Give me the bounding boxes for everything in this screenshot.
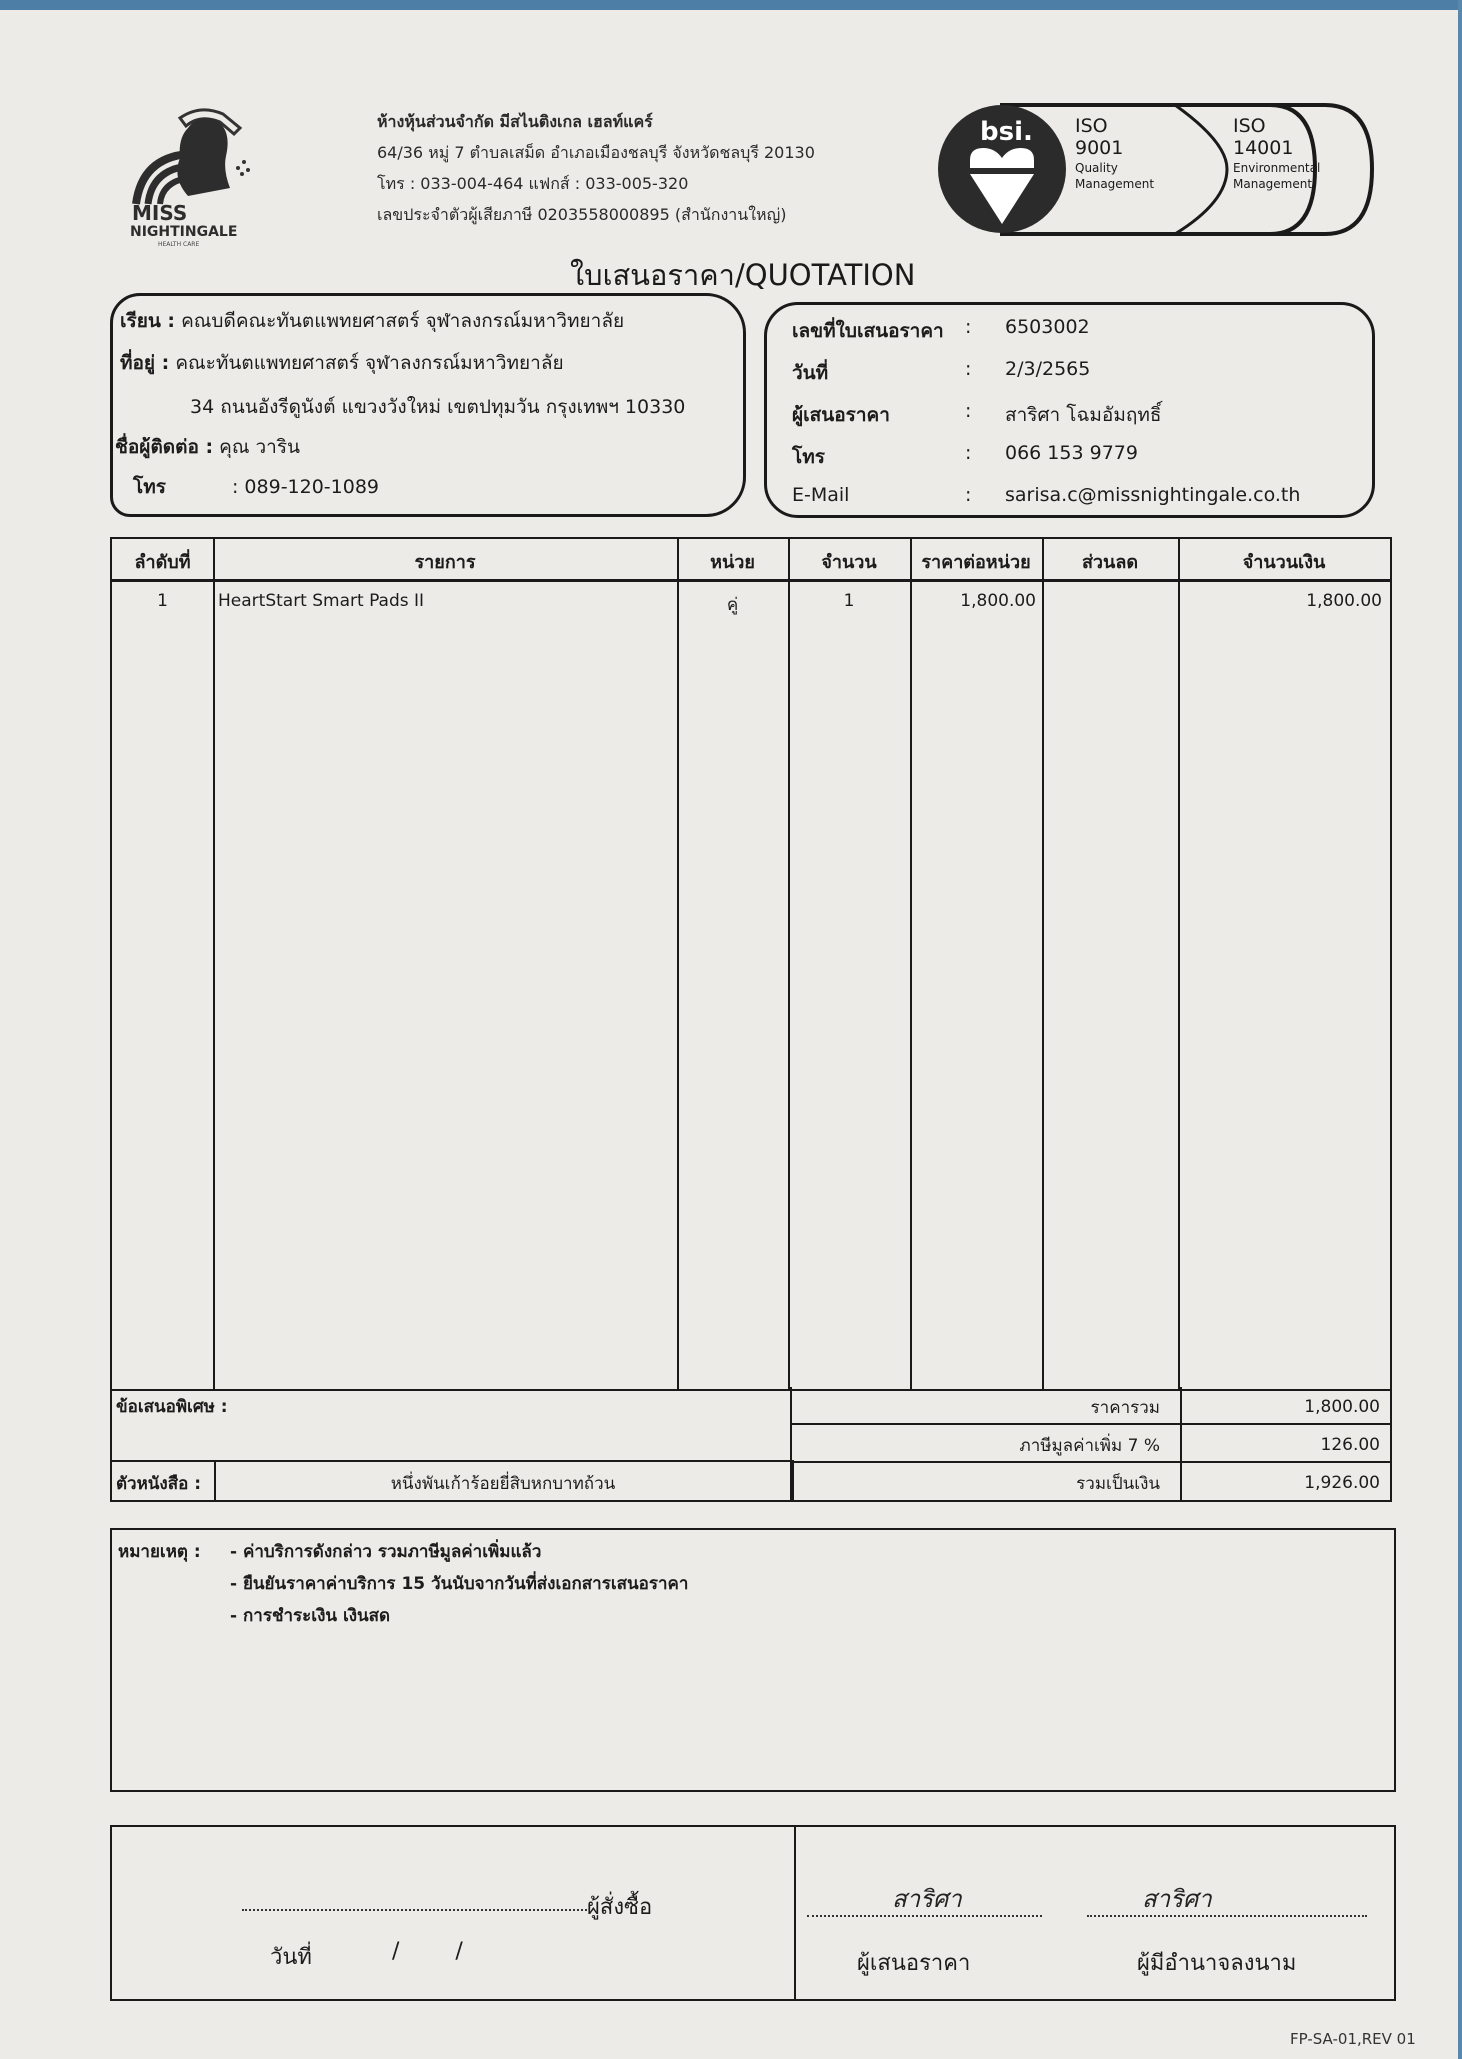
row-no: 1 [112,591,213,611]
svg-text:14001: 14001 [1233,137,1293,159]
column-divider [1178,539,1180,1389]
buyer-date-label: วันที่ [270,1939,312,1974]
words-label-cell: ตัวหนังสือ : [112,1460,216,1500]
quote-info-label: E-Mail [792,484,849,506]
recipient-row: เรียน : คณบดีคณะทันตแพทยศาสตร์ จุฬาลงกรณ… [120,306,624,336]
svg-text:ISO: ISO [1233,115,1266,137]
phone-value: : 089-120-1089 [232,476,379,498]
contact-value: คุณ วาริน [219,436,300,458]
buyer-signature-line[interactable] [242,1909,587,1911]
column-divider [677,539,679,1389]
quoter-signature: สาริศา [892,1879,962,1918]
column-divider [1042,539,1044,1389]
svg-text:9001: 9001 [1075,137,1123,159]
signature-box: ผู้สั่งซื้อ วันที่ / / สาริศา ผู้เสนอราค… [110,1825,1396,2001]
totals-value: 1,926.00 [1304,1473,1380,1493]
totals-value: 1,800.00 [1304,1397,1380,1417]
address-row: ที่อยู่ : คณะทันตแพทยศาสตร์ จุฬาลงกรณ์มห… [120,348,564,378]
remark-item: - ค่าบริการดังกล่าว รวมภาษีมูลค่าเพิ่มแล… [230,1538,541,1565]
quote-info-value: สาริศา โฉมอัมฤทธิ์ [1005,400,1161,430]
header-discount: ส่วนลด [1042,547,1178,576]
background-edge-right [1458,0,1462,2059]
svg-text:Environmental: Environmental [1233,161,1320,175]
company-logo-icon: MISS NIGHTINGALE HEALTH CARE [128,108,288,248]
company-contact: โทร : 033-004-464 แฟกส์ : 033-005-320 [377,168,815,199]
quote-info-colon: : [965,316,971,338]
bsi-certification-badge-icon: bsi. ISO 9001 Quality Management ISO 140… [935,102,1375,237]
totals-value: 126.00 [1321,1435,1380,1455]
remarks-box: หมายเหตุ : - ค่าบริการดังกล่าว รวมภาษีมู… [110,1528,1396,1792]
amount-in-words-row: ตัวหนังสือ : หนึ่งพันเก้าร้อยยี่สิบหกบาท… [110,1460,794,1502]
remark-item: - ยืนยันราคาค่าบริการ 15 วันนับจากวันที่… [230,1570,688,1597]
quote-info-value: sarisa.c@missnightingale.co.th [1005,484,1300,506]
totals-row: รวมเป็นเงิน1,926.00 [792,1463,1390,1499]
svg-text:NIGHTINGALE: NIGHTINGALE [130,224,237,240]
quote-info-value: 6503002 [1005,316,1090,338]
svg-text:bsi.: bsi. [980,117,1033,147]
amount-in-words-label: ตัวหนังสือ : [116,1470,201,1497]
quote-info-colon: : [965,484,971,506]
recipient-value: คณบดีคณะทันตแพทยศาสตร์ จุฬาลงกรณ์มหาวิทย… [181,310,624,332]
svg-text:Quality: Quality [1075,161,1118,175]
authorized-label: ผู้มีอำนาจลงนาม [1137,1945,1296,1980]
column-divider [213,539,215,1389]
svg-text:ISO: ISO [1075,115,1108,137]
company-name: ห้างหุ้นส่วนจำกัด มีสไนติงเกล เฮลท์แคร์ [377,106,815,137]
quote-info-value: 2/3/2565 [1005,358,1090,380]
address-label: ที่อยู่ : [120,352,169,374]
quote-info-label: วันที่ [792,358,828,388]
row-unit: คู่ [677,591,788,618]
quote-info-label: เลขที่ใบเสนอราคา [792,316,944,346]
header-amount: จำนวนเงิน [1178,547,1390,576]
svg-text:MISS: MISS [132,201,187,225]
totals-box: ราคารวม1,800.00ภาษีมูลค่าเพิ่ม 7 %126.00… [790,1387,1392,1502]
amount-in-words: หนึ่งพันเก้าร้อยยี่สิบหกบาทถ้วน [214,1470,792,1497]
remark-item: - การชำระเงิน เงินสด [230,1602,390,1629]
company-address: 64/36 หมู่ 7 ตำบลเสม็ด อำเภอเมืองชลบุรี … [377,137,815,168]
phone-row: โทร : 089-120-1089 [133,472,379,502]
recipient-label: เรียน : [120,310,175,332]
totals-label: ราคารวม [1091,1394,1160,1421]
header-qty: จำนวน [788,547,910,576]
quote-info-colon: : [965,400,971,422]
quote-info-label: โทร [792,442,825,472]
header-unit-price: ราคาต่อหน่วย [910,547,1042,576]
background-edge [0,0,1462,10]
phone-label: โทร [133,476,166,498]
svg-text:HEALTH CARE: HEALTH CARE [158,241,199,248]
row-qty: 1 [788,591,910,611]
company-info: ห้างหุ้นส่วนจำกัด มีสไนติงเกล เฮลท์แคร์ … [377,106,815,230]
quote-info-value: 066 153 9779 [1005,442,1138,464]
authorized-signature-line [1087,1915,1367,1917]
row-amount: 1,800.00 [1178,591,1382,611]
quote-info-colon: : [965,358,971,380]
totals-label: ภาษีมูลค่าเพิ่ม 7 % [1020,1432,1161,1459]
header-unit: หน่วย [677,547,788,576]
totals-row: ภาษีมูลค่าเพิ่ม 7 %126.00 [792,1425,1390,1463]
column-divider [910,539,912,1389]
totals-row: ราคารวม1,800.00 [792,1387,1390,1425]
items-table: ลำดับที่ รายการ หน่วย จำนวน ราคาต่อหน่วย… [110,537,1392,1391]
quote-info-label: ผู้เสนอราคา [792,400,890,430]
document-title: ใบเสนอราคา/QUOTATION [570,252,915,298]
address-line1: คณะทันตแพทยศาสตร์ จุฬาลงกรณ์มหาวิทยาลัย [175,352,563,374]
buyer-label: ผู้สั่งซื้อ [587,1889,652,1924]
row-unit-price: 1,800.00 [910,591,1036,611]
remarks-label: หมายเหตุ : [118,1538,201,1565]
column-divider [788,539,790,1389]
quoter-label: ผู้เสนอราคา [857,1945,970,1980]
special-offer-label: ข้อเสนอพิเศษ : [116,1393,228,1420]
contact-row: ชื่อผู้ติดต่อ : คุณ วาริน [115,432,300,462]
totals-label: รวมเป็นเงิน [1076,1470,1160,1497]
form-code: FP-SA-01,REV 01 [1290,2030,1416,2048]
address-line2: 34 ถนนอังรีดูนังต์ แขวงวังใหม่ เขตปทุมวั… [190,392,685,422]
signature-divider [794,1827,796,1999]
contact-label: ชื่อผู้ติดต่อ : [115,436,213,458]
header-no: ลำดับที่ [112,547,213,576]
buyer-date-value[interactable]: / / [392,1939,463,1964]
authorized-signature: สาริศา [1142,1879,1212,1918]
quote-info-colon: : [965,442,971,464]
special-offer-box: ข้อเสนอพิเศษ : [110,1387,792,1462]
svg-text:Management: Management [1075,177,1154,191]
svg-text:Management: Management [1233,177,1312,191]
quoter-signature-line [807,1915,1042,1917]
header-item: รายการ [213,547,677,576]
quotation-page: MISS NIGHTINGALE HEALTH CARE ห้างหุ้นส่ว… [0,10,1458,2059]
company-tax-id: เลขประจำตัวผู้เสียภาษี 0203558000895 (สำ… [377,199,815,230]
row-item: HeartStart Smart Pads II [218,591,424,611]
